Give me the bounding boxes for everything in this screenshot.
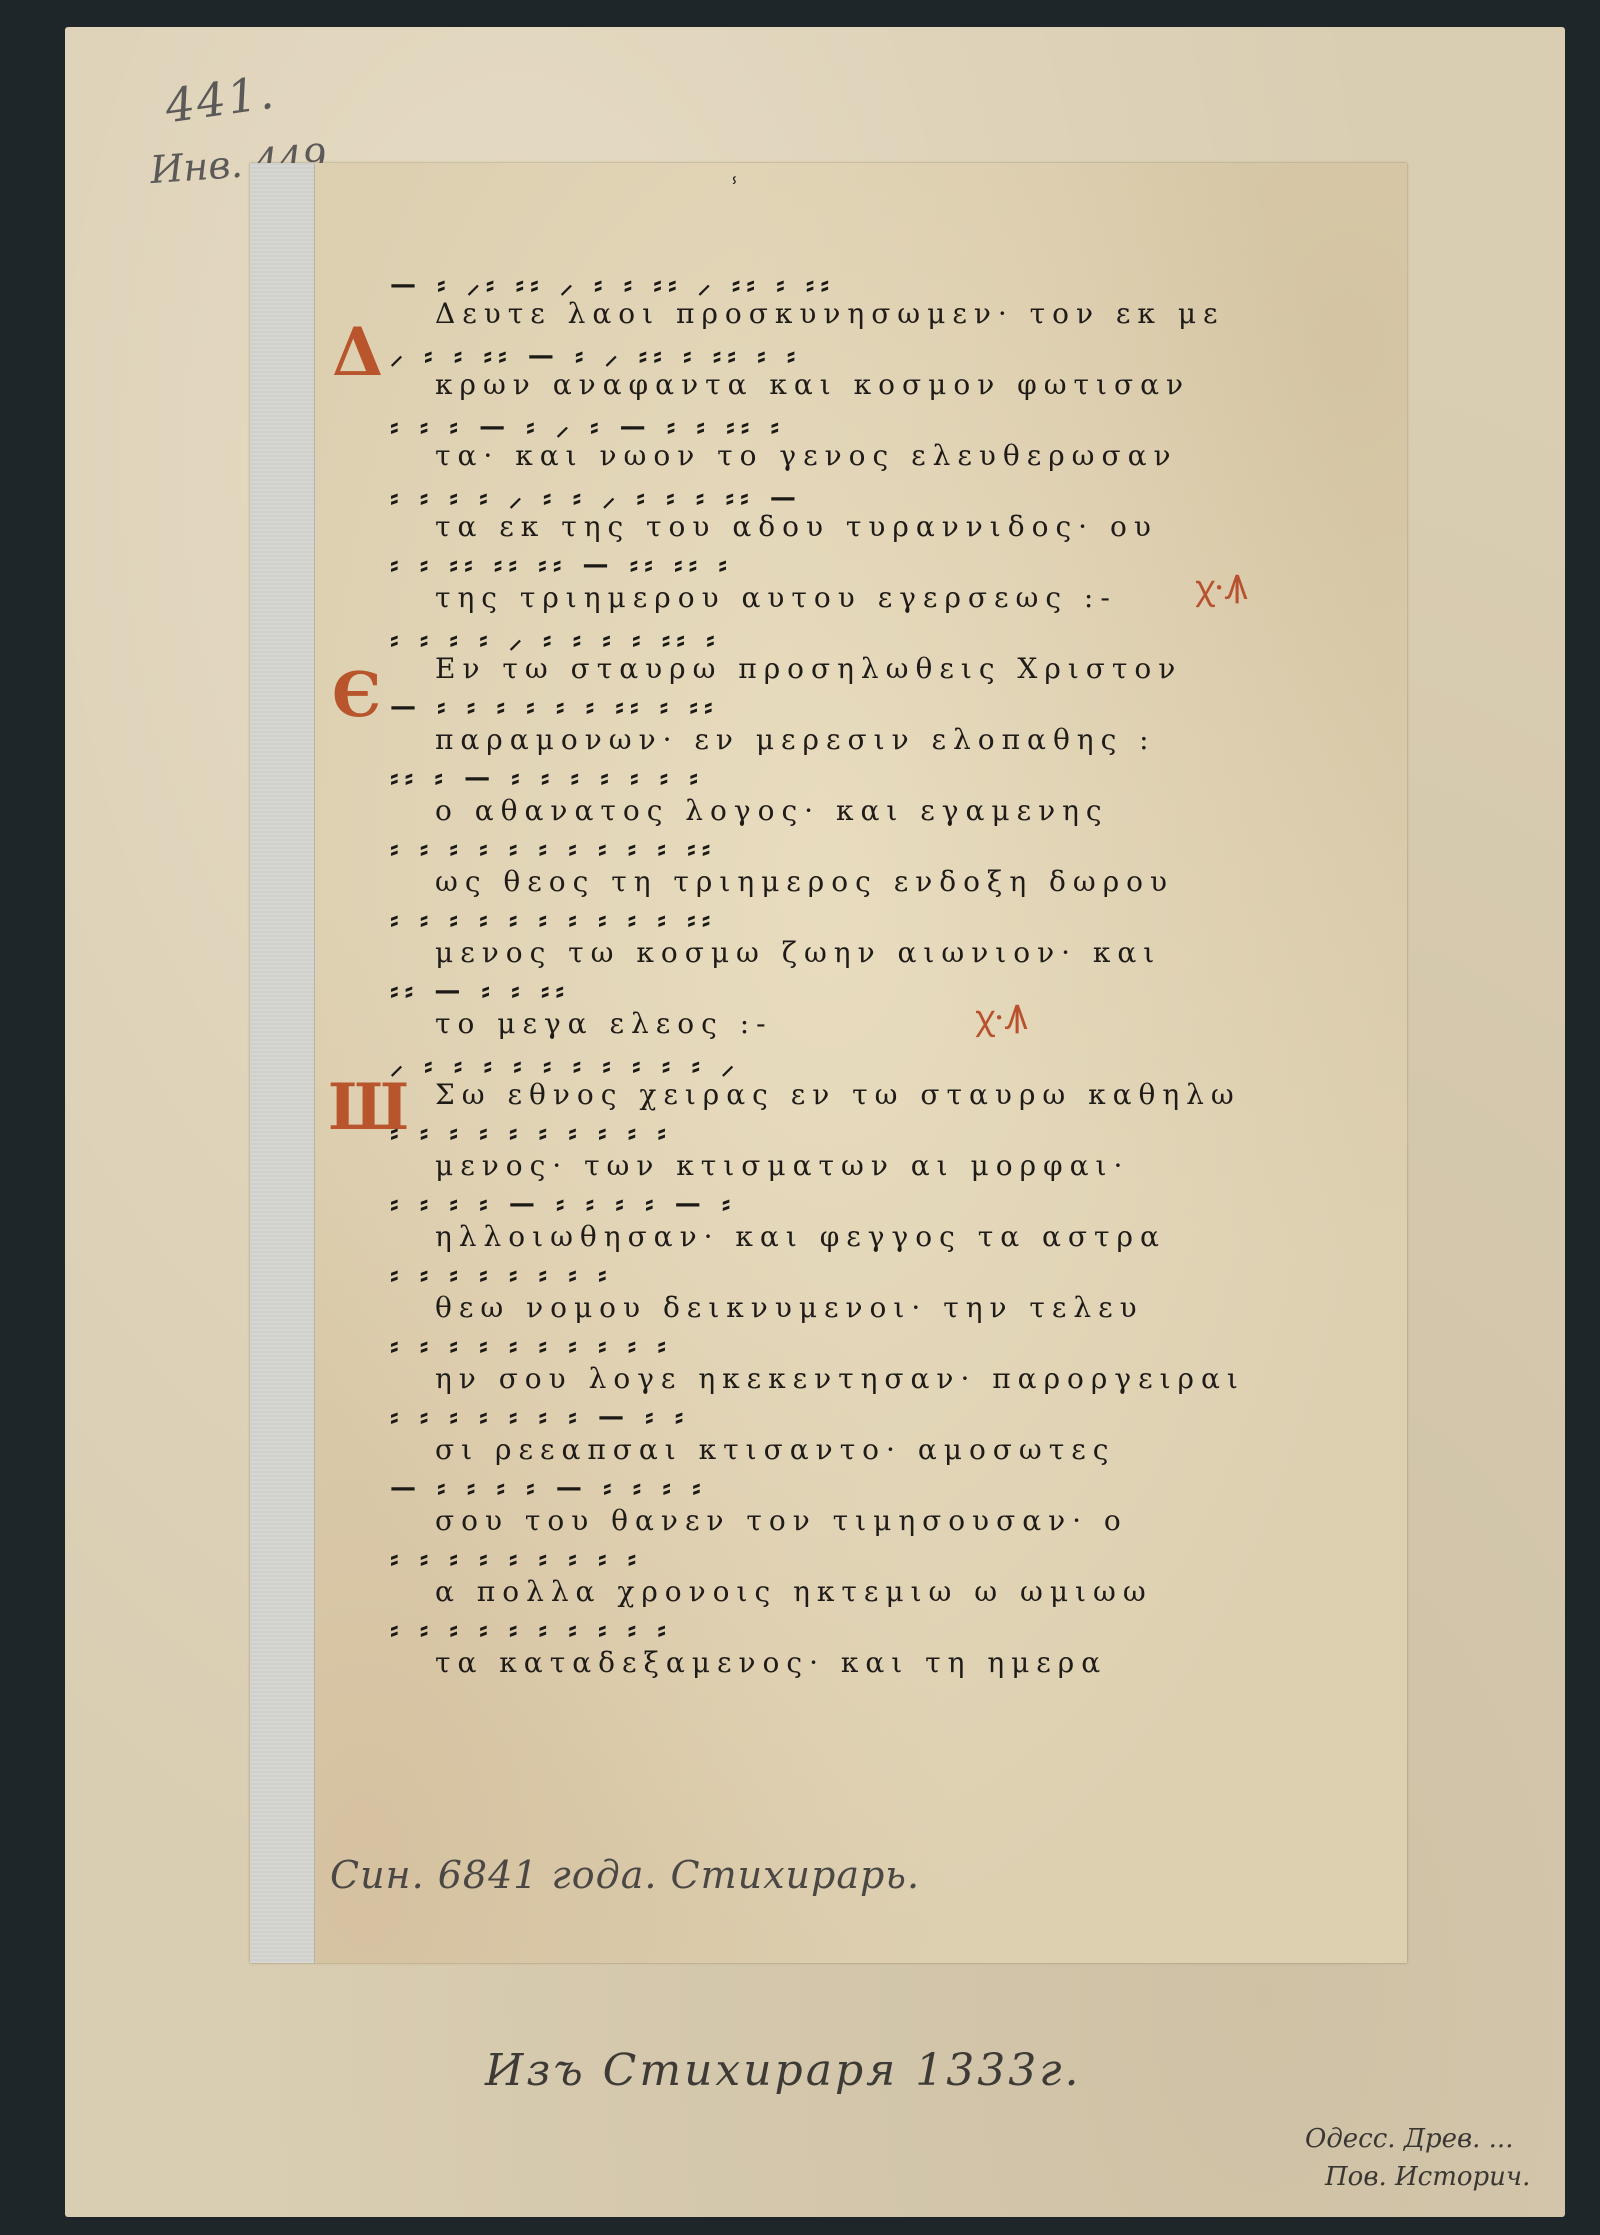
binding-strip: [250, 163, 315, 1963]
greek-text: μενος· των κτισματων αι μορφαι·: [435, 1149, 1129, 1182]
neume-row: ⸗ ⸗ ⸗ ⸗ ⸗ ⸗ ⸗ ⸗ ⸗ ⸗ ⸗⸗: [390, 904, 1350, 938]
neume-row: ⸗ ⸗ ⸗ ⸗ — ⸗ ⸗ ⸗ ⸗ — ⸗: [390, 1188, 1350, 1222]
signature-line: Пов. Историч.: [1305, 2158, 1530, 2196]
neume-row: ⸗ ⸗ ⸗ ⸗ ⸗ ⸗ ⸗ — ⸗ ⸗: [390, 1401, 1350, 1435]
chant-line: ⸗⸗ ⸗ — ⸗ ⸗ ⸗ ⸗ ⸗ ⸗ ⸗ο αθανατος λογος· κα…: [380, 760, 1400, 831]
greek-text: τα εκ της του αδου τυραννιδος· ου: [435, 510, 1158, 543]
greek-text: ως θεος τη τριημερος ενδοξη δωρου: [435, 865, 1174, 898]
neume-row: ⸝ ⸗ ⸗ ⸗ ⸗ ⸗ ⸗ ⸗ ⸗ ⸗ ⸗ ⸝: [390, 1046, 1350, 1080]
greek-text: Σω εθνος χειρας εν τω σταυρω καθηλω: [435, 1078, 1241, 1111]
initial-epsilon: Є: [332, 658, 381, 731]
chant-line: ⸗ ⸗ ⸗⸗ ⸗⸗ ⸗⸗ — ⸗⸗ ⸗⸗ ⸗της τριημερου αυτο…: [380, 547, 1400, 618]
neume-row: ⸗ ⸗ ⸗ ⸗ ⸝ ⸗ ⸗ ⸗ ⸗ ⸗⸗ ⸗: [390, 620, 1350, 654]
chant-line: — ⸗ ⸝⸗ ⸗⸗ ⸝ ⸗ ⸗ ⸗⸗ ⸝ ⸗⸗ ⸗ ⸗⸗Δευτε λαοι π…: [380, 263, 1400, 334]
chant-line: — ⸗ ⸗ ⸗ ⸗ — ⸗ ⸗ ⸗ ⸗σου του θανεν τον τιμ…: [380, 1470, 1400, 1541]
chant-line: ⸗ ⸗ ⸗ ⸗ ⸗ ⸗ ⸗ ⸗θεω νομου δεικνυμενοι· τη…: [380, 1257, 1400, 1328]
signature-line: Одесс. Древ. ...: [1305, 2120, 1530, 2158]
greek-text: Εν τω σταυρω προσηλωθεις Χριστον: [435, 652, 1182, 685]
chant-line: ⸗ ⸗ ⸗ ⸗ ⸗ ⸗ ⸗ ⸗ ⸗ ⸗μενος· των κτισματων …: [380, 1115, 1400, 1186]
chant-line: ⸗ ⸗ ⸗ ⸗ ⸗ ⸗ ⸗ ⸗ ⸗ ⸗ ⸗⸗μενος τω κοσμω ζωη…: [380, 902, 1400, 973]
chant-line: ⸗ ⸗ ⸗ ⸗ ⸝ ⸗ ⸗ ⸗ ⸗ ⸗⸗ ⸗Εν τω σταυρω προση…: [380, 618, 1400, 689]
greek-text: ην σου λογε ηκεκεντησαν· παροργειραι: [435, 1362, 1245, 1395]
neume-row: ⸗⸗ ⸗ — ⸗ ⸗ ⸗ ⸗ ⸗ ⸗ ⸗: [390, 762, 1350, 796]
greek-text: ο αθανατος λογος· και εγαμενης: [435, 794, 1109, 827]
chant-line: ⸗ ⸗ ⸗ ⸗ ⸝ ⸗ ⸗ ⸝ ⸗ ⸗ ⸗ ⸗⸗ —τα εκ της του …: [380, 476, 1400, 547]
greek-text: α πολλα χρονοις ηκτεμιω ω ωμιωω: [435, 1575, 1153, 1608]
neume-row: — ⸗ ⸗ ⸗ ⸗ ⸗ ⸗ ⸗⸗ ⸗ ⸗⸗: [390, 691, 1350, 725]
manuscript-leaf: ⸯ Δ Є Ш ꭓ·Ꙟ ꭓ·Ꙟ — ⸗ ⸝⸗ ⸗⸗ ⸝ ⸗ ⸗ ⸗⸗ ⸝ ⸗⸗ …: [250, 163, 1407, 1963]
signature: Одесс. Древ. ... Пов. Историч.: [1305, 2120, 1530, 2196]
neume-row: ⸗ ⸗ ⸗ ⸗ ⸗ ⸗ ⸗ ⸗ ⸗ ⸗: [390, 1330, 1350, 1364]
mount-caption: Изъ Стихираря 1333г.: [485, 2045, 1081, 2096]
chant-line: ⸗ ⸗ ⸗ ⸗ ⸗ ⸗ ⸗ ⸗ ⸗ ⸗ ⸗⸗ως θεος τη τριημερ…: [380, 831, 1400, 902]
chant-text: — ⸗ ⸝⸗ ⸗⸗ ⸝ ⸗ ⸗ ⸗⸗ ⸝ ⸗⸗ ⸗ ⸗⸗Δευτε λαοι π…: [380, 263, 1400, 1683]
greek-text: μενος τω κοσμω ζωην αιωνιον· και: [435, 936, 1161, 969]
chant-line: ⸗ ⸗ ⸗ ⸗ ⸗ ⸗ ⸗ — ⸗ ⸗σι ρεεαπσαι κτισαντο·…: [380, 1399, 1400, 1470]
chant-line: ⸗ ⸗ ⸗ ⸗ ⸗ ⸗ ⸗ ⸗ ⸗ ⸗τα καταδεξαμενος· και…: [380, 1612, 1400, 1683]
initial-delta: Δ: [332, 313, 383, 391]
chant-line: ⸗ ⸗ ⸗ ⸗ — ⸗ ⸗ ⸗ ⸗ — ⸗ηλλοιωθησαν· και φε…: [380, 1186, 1400, 1257]
neume-row: ⸗ ⸗ ⸗ ⸗ ⸗ ⸗ ⸗ ⸗ ⸗: [390, 1543, 1350, 1577]
greek-text: ηλλοιωθησαν· και φεγγος τα αστρα: [435, 1220, 1166, 1253]
neume-row: ⸗ ⸗ ⸗ ⸗ ⸗ ⸗ ⸗ ⸗: [390, 1259, 1350, 1293]
neume-row: ⸗ ⸗ ⸗⸗ ⸗⸗ ⸗⸗ — ⸗⸗ ⸗⸗ ⸗: [390, 549, 1350, 583]
neume-row: ⸗ ⸗ ⸗ ⸗ ⸝ ⸗ ⸗ ⸝ ⸗ ⸗ ⸗ ⸗⸗ —: [390, 478, 1350, 512]
neume-row: ⸝ ⸗ ⸗ ⸗⸗ — ⸗ ⸝ ⸗⸗ ⸗ ⸗⸗ ⸗ ⸗: [390, 336, 1350, 370]
greek-text: της τριημερου αυτου εγερσεως :-: [435, 581, 1117, 614]
greek-text: σου του θανεν τον τιμησουσαν· ο: [435, 1504, 1128, 1537]
greek-text: τα· και νωον το γενος ελευθερωσαν: [435, 439, 1178, 472]
greek-text: τα καταδεξαμενος· και τη ημερα: [435, 1646, 1107, 1679]
neume-row: — ⸗ ⸝⸗ ⸗⸗ ⸝ ⸗ ⸗ ⸗⸗ ⸝ ⸗⸗ ⸗ ⸗⸗: [390, 265, 1350, 299]
neume-row: ⸗ ⸗ ⸗ ⸗ ⸗ ⸗ ⸗ ⸗ ⸗ ⸗: [390, 1614, 1350, 1648]
neume-row: — ⸗ ⸗ ⸗ ⸗ — ⸗ ⸗ ⸗ ⸗: [390, 1472, 1350, 1506]
neume-row: ⸗⸗ — ⸗ ⸗ ⸗⸗: [390, 975, 1350, 1009]
greek-text: κρων αναφαντα και κοσμον φωτισαν: [435, 368, 1190, 401]
neume-row: ⸗ ⸗ ⸗ ⸗ ⸗ ⸗ ⸗ ⸗ ⸗ ⸗ ⸗⸗: [390, 833, 1350, 867]
chant-line: ⸝ ⸗ ⸗ ⸗ ⸗ ⸗ ⸗ ⸗ ⸗ ⸗ ⸗ ⸝Σω εθνος χειρας ε…: [380, 1044, 1400, 1115]
pencil-note: Син. 6841 года. Стихирарь.: [330, 1853, 920, 1897]
greek-text: παραμονων· εν μερεσιν ελοπαθης :: [435, 723, 1156, 756]
chant-line: ⸗ ⸗ ⸗ — ⸗ ⸝ ⸗ — ⸗ ⸗ ⸗⸗ ⸗τα· και νωον το …: [380, 405, 1400, 476]
chant-line: ⸗⸗ — ⸗ ⸗ ⸗⸗το μεγα ελεος :-: [380, 973, 1400, 1044]
pencil-number: 441.: [162, 65, 279, 134]
chant-line: ⸗ ⸗ ⸗ ⸗ ⸗ ⸗ ⸗ ⸗ ⸗ ⸗ην σου λογε ηκεκεντησ…: [380, 1328, 1400, 1399]
greek-text: θεω νομου δεικνυμενοι· την τελευ: [435, 1291, 1144, 1324]
chant-line: ⸗ ⸗ ⸗ ⸗ ⸗ ⸗ ⸗ ⸗ ⸗α πολλα χρονοις ηκτεμιω…: [380, 1541, 1400, 1612]
greek-text: σι ρεεαπσαι κτισαντο· αμοσωτες: [435, 1433, 1115, 1466]
greek-text: Δευτε λαοι προσκυνησωμεν· τον εκ με: [435, 297, 1225, 330]
neume-row: ⸗ ⸗ ⸗ ⸗ ⸗ ⸗ ⸗ ⸗ ⸗ ⸗: [390, 1117, 1350, 1151]
folio-mark: ⸯ: [728, 175, 741, 205]
chant-line: — ⸗ ⸗ ⸗ ⸗ ⸗ ⸗ ⸗⸗ ⸗ ⸗⸗παραμονων· εν μερεσ…: [380, 689, 1400, 760]
greek-text: το μεγα ελεος :-: [435, 1007, 773, 1040]
chant-line: ⸝ ⸗ ⸗ ⸗⸗ — ⸗ ⸝ ⸗⸗ ⸗ ⸗⸗ ⸗ ⸗κρων αναφαντα …: [380, 334, 1400, 405]
neume-row: ⸗ ⸗ ⸗ — ⸗ ⸝ ⸗ — ⸗ ⸗ ⸗⸗ ⸗: [390, 407, 1350, 441]
